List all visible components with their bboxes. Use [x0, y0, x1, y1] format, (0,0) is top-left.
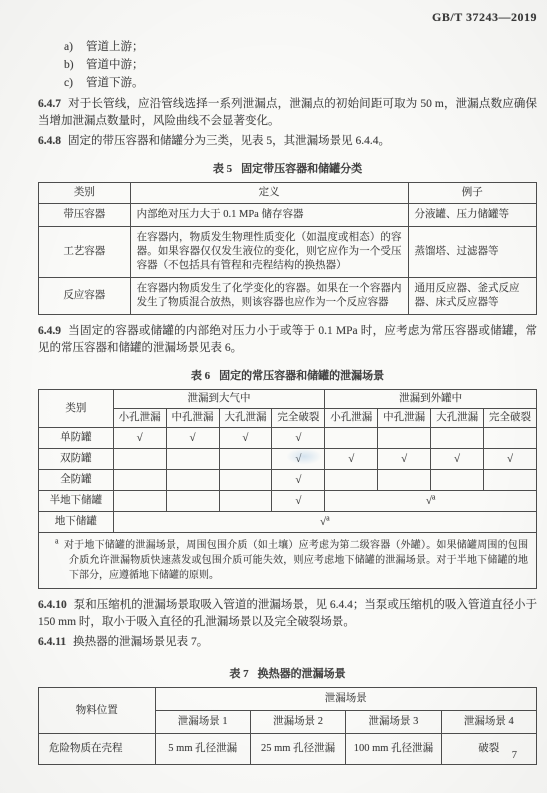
footnote-marker: a: [55, 537, 59, 546]
check-cell: [378, 470, 431, 491]
check-cell: √: [272, 491, 325, 512]
table6-subheader: 完全破裂: [484, 409, 537, 428]
table-row: 反应容器 在容器内物质发生了化学变化的容器。如果在一个容器内发生了物质混合放热，…: [39, 278, 537, 315]
table7-scenario: 25 mm 孔径泄漏: [250, 734, 345, 765]
pipeline-position-list: a)管道上游； b)管道中游； c)管道下游。: [64, 38, 537, 92]
table5-header-row: 类别 定义 例子: [39, 183, 537, 204]
table6-row-label: 地下储罐: [39, 512, 114, 533]
check-cell: √: [378, 449, 431, 470]
list-item-marker: a): [64, 38, 86, 56]
table6-subheader: 中孔泄漏: [166, 409, 219, 428]
table5-header-definition: 定义: [130, 183, 408, 204]
check-cell: √: [272, 428, 325, 449]
table7-title-text: 换热器的泄漏场景: [258, 668, 346, 680]
table5-example: 分液罐、压力储罐等: [408, 204, 536, 227]
table6-subheader: 小孔泄漏: [113, 409, 166, 428]
table6-subheader: 大孔泄漏: [431, 409, 484, 428]
check-cell: [484, 470, 537, 491]
table6-subheader: 完全破裂: [272, 409, 325, 428]
table-row: 双防罐 √ √ √ √ √: [39, 449, 537, 470]
check-cell: √: [166, 428, 219, 449]
table7-material: 危险物质在壳程: [39, 734, 156, 765]
list-item-text: 管道中游；: [86, 59, 144, 71]
table7: 物料位置 泄漏场景 泄漏场景 1 泄漏场景 2 泄漏场景 3 泄漏场景 4 危险…: [38, 687, 537, 765]
check-cell: √: [219, 428, 272, 449]
table7-scenario: 破裂: [441, 734, 536, 765]
list-item-text: 管道上游；: [86, 41, 144, 53]
table5-example: 蒸馏塔、过滤器等: [408, 227, 536, 278]
table5-definition: 在容器内物质发生了化学变化的容器。如果在一个容器内发生了物质混合放热，则该容器也…: [130, 278, 408, 315]
table6-title: 表 6固定的常压容器和储罐的泄漏场景: [38, 367, 537, 383]
table7-scenario: 100 mm 孔径泄漏: [346, 734, 441, 765]
check-cell: √: [272, 470, 325, 491]
clause-number: 6.4.10: [38, 599, 67, 611]
table5-category: 工艺容器: [39, 227, 131, 278]
clause-text: 固定的带压容器和储罐分为三类，见表 5，其泄漏场景见 6.4.4。: [68, 135, 390, 147]
check-cell: √: [325, 449, 378, 470]
page-number: 7: [512, 750, 517, 761]
table6-footnote-row: a 对于地下储罐的泄漏场景，周围包围介质（如土壤）应考虑为第二级容器（外罐）。如…: [39, 533, 537, 589]
check-cell: [431, 428, 484, 449]
table5-title-text: 固定带压容器和储罐分类: [241, 163, 362, 175]
table7-group-scenarios: 泄漏场景: [155, 688, 536, 711]
check-cell: √: [113, 428, 166, 449]
clause-text: 换热器的泄漏场景见表 7。: [73, 636, 208, 648]
table-row: 半地下储罐 √ √a: [39, 491, 537, 512]
clause-6-4-10: 6.4.10泵和压缩机的泄漏场景取吸入管道的泄漏场景，见 6.4.4；当泵或压缩…: [38, 597, 537, 631]
list-item-marker: c): [64, 74, 86, 92]
table-row: 带压容器 内部绝对压力大于 0.1 MPa 储存容器 分液罐、压力储罐等: [39, 204, 537, 227]
list-item-text: 管道下游。: [86, 77, 144, 89]
check-cell-merged: √a: [113, 512, 536, 533]
table-row: 危险物质在壳程 5 mm 孔径泄漏 25 mm 孔径泄漏 100 mm 孔径泄漏…: [39, 734, 537, 765]
clause-number: 6.4.11: [38, 636, 66, 648]
table-row: 工艺容器 在容器内，物质发生物理性质变化（如温度或相态）的容器。如果容器仅仅发生…: [39, 227, 537, 278]
table7-header-material: 物料位置: [39, 688, 156, 734]
document-page: GB/T 37243—2019 a)管道上游； b)管道中游； c)管道下游。 …: [0, 0, 547, 793]
table6-footnote: a 对于地下储罐的泄漏场景，周围包围介质（如土壤）应考虑为第二级容器（外罐）。如…: [39, 533, 537, 589]
check-cell: [113, 470, 166, 491]
table6: 类别 泄漏到大气中 泄漏到外罐中 小孔泄漏 中孔泄漏 大孔泄漏 完全破裂 小孔泄…: [38, 389, 537, 589]
check-cell-merged: √a: [325, 491, 537, 512]
table7-subheader: 泄漏场景 3: [346, 711, 441, 734]
table7-label: 表 7: [229, 668, 248, 680]
check-cell: √: [272, 449, 325, 470]
clause-number: 6.4.8: [38, 135, 61, 147]
table6-title-text: 固定的常压容器和储罐的泄漏场景: [219, 370, 384, 382]
check-cell: [484, 428, 537, 449]
table-row: 地下储罐 √a: [39, 512, 537, 533]
table5-title: 表 5固定带压容器和储罐分类: [38, 160, 537, 176]
clause-text: 对于长管线，应沿管线选择一系列泄漏点，泄漏点的初始间距可取为 50 m，泄漏点数…: [38, 98, 537, 127]
table5-label: 表 5: [213, 163, 232, 175]
table5-example: 通用反应器、釜式反应器、床式反应器等: [408, 278, 536, 315]
check-cell: [325, 428, 378, 449]
table7-subheader: 泄漏场景 2: [250, 711, 345, 734]
table5-category: 反应容器: [39, 278, 131, 315]
table7-subheader: 泄漏场景 4: [441, 711, 536, 734]
table6-group-atmosphere: 泄漏到大气中: [113, 390, 325, 409]
table5-header-category: 类别: [39, 183, 131, 204]
table6-group-header-row: 类别 泄漏到大气中 泄漏到外罐中: [39, 390, 537, 409]
table6-group-outer-tank: 泄漏到外罐中: [325, 390, 537, 409]
clause-6-4-9: 6.4.9当固定的容器或储罐的内部绝对压力小于或等于 0.1 MPa 时，应考虑…: [38, 323, 537, 357]
check-cell: [325, 470, 378, 491]
list-item-marker: b): [64, 56, 86, 74]
list-item: c)管道下游。: [64, 74, 537, 92]
clause-text: 泵和压缩机的泄漏场景取吸入管道的泄漏场景，见 6.4.4；当泵或压缩机的吸入管道…: [38, 599, 537, 628]
table7-subheader: 泄漏场景 1: [155, 711, 250, 734]
page-header: GB/T 37243—2019: [38, 0, 537, 25]
check-cell: √: [431, 449, 484, 470]
table7-scenario: 5 mm 孔径泄漏: [155, 734, 250, 765]
table5-definition: 在容器内，物质发生物理性质变化（如温度或相态）的容器。如果容器仅仅发生液位的变化…: [130, 227, 408, 278]
table7-group-header-row: 物料位置 泄漏场景: [39, 688, 537, 711]
table5-category: 带压容器: [39, 204, 131, 227]
footnote-ref: a: [432, 492, 436, 501]
clause-number: 6.4.7: [38, 98, 61, 110]
footnote-text: 对于地下储罐的泄漏场景，周围包围介质（如土壤）应考虑为第二级容器（外罐）。如果储…: [64, 540, 528, 581]
list-item: a)管道上游；: [64, 38, 537, 56]
table6-sub-header-row: 小孔泄漏 中孔泄漏 大孔泄漏 完全破裂 小孔泄漏 中孔泄漏 大孔泄漏 完全破裂: [39, 409, 537, 428]
table5: 类别 定义 例子 带压容器 内部绝对压力大于 0.1 MPa 储存容器 分液罐、…: [38, 182, 537, 315]
table6-row-label: 全防罐: [39, 470, 114, 491]
check-cell: [219, 491, 272, 512]
clause-number: 6.4.9: [38, 325, 61, 337]
check-cell: [431, 470, 484, 491]
table5-header-example: 例子: [408, 183, 536, 204]
check-cell: [378, 428, 431, 449]
table6-subheader: 中孔泄漏: [378, 409, 431, 428]
table5-definition: 内部绝对压力大于 0.1 MPa 储存容器: [130, 204, 408, 227]
table6-label: 表 6: [191, 370, 210, 382]
table6-subheader: 小孔泄漏: [325, 409, 378, 428]
clause-6-4-11: 6.4.11换热器的泄漏场景见表 7。: [38, 634, 537, 651]
footnote-ref: a: [326, 513, 330, 522]
check-cell: [113, 449, 166, 470]
check-cell: √: [484, 449, 537, 470]
table7-title: 表 7换热器的泄漏场景: [38, 665, 537, 681]
check-cell: [113, 491, 166, 512]
table6-row-label: 半地下储罐: [39, 491, 114, 512]
check-cell: [166, 470, 219, 491]
clause-text: 当固定的容器或储罐的内部绝对压力小于或等于 0.1 MPa 时，应考虑为常压容器…: [38, 325, 537, 354]
table6-subheader: 大孔泄漏: [219, 409, 272, 428]
check-cell: [166, 449, 219, 470]
list-item: b)管道中游；: [64, 56, 537, 74]
table6-header-category: 类别: [39, 390, 114, 428]
table-row: 全防罐 √: [39, 470, 537, 491]
check-cell: [219, 449, 272, 470]
check-cell: [166, 491, 219, 512]
page-content: GB/T 37243—2019 a)管道上游； b)管道中游； c)管道下游。 …: [38, 0, 537, 765]
standard-number: GB/T 37243—2019: [432, 10, 537, 24]
table6-row-label: 双防罐: [39, 449, 114, 470]
check-cell: [219, 470, 272, 491]
table6-row-label: 单防罐: [39, 428, 114, 449]
table-row: 单防罐 √ √ √ √: [39, 428, 537, 449]
clause-6-4-8: 6.4.8固定的带压容器和储罐分为三类，见表 5，其泄漏场景见 6.4.4。: [38, 133, 537, 150]
clause-6-4-7: 6.4.7对于长管线，应沿管线选择一系列泄漏点，泄漏点的初始间距可取为 50 m…: [38, 96, 537, 130]
